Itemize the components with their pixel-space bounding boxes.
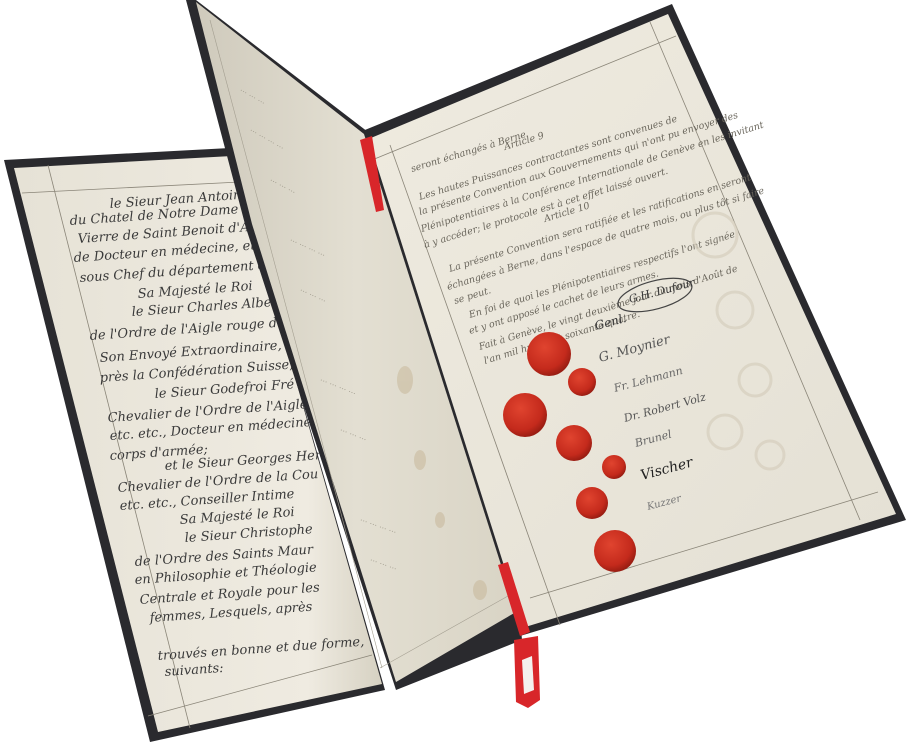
geneva-convention-photo: le Sieur Jean Antoine Mau du Chatel de N… bbox=[0, 0, 909, 756]
wax-seal bbox=[527, 332, 571, 376]
wax-seal bbox=[594, 530, 636, 572]
wax-seal bbox=[556, 425, 592, 461]
wax-seal bbox=[602, 455, 626, 479]
wax-seal bbox=[576, 487, 608, 519]
wax-seal bbox=[503, 393, 547, 437]
book-illustration: le Sieur Jean Antoine Mau du Chatel de N… bbox=[0, 0, 909, 756]
wax-seal bbox=[568, 368, 596, 396]
